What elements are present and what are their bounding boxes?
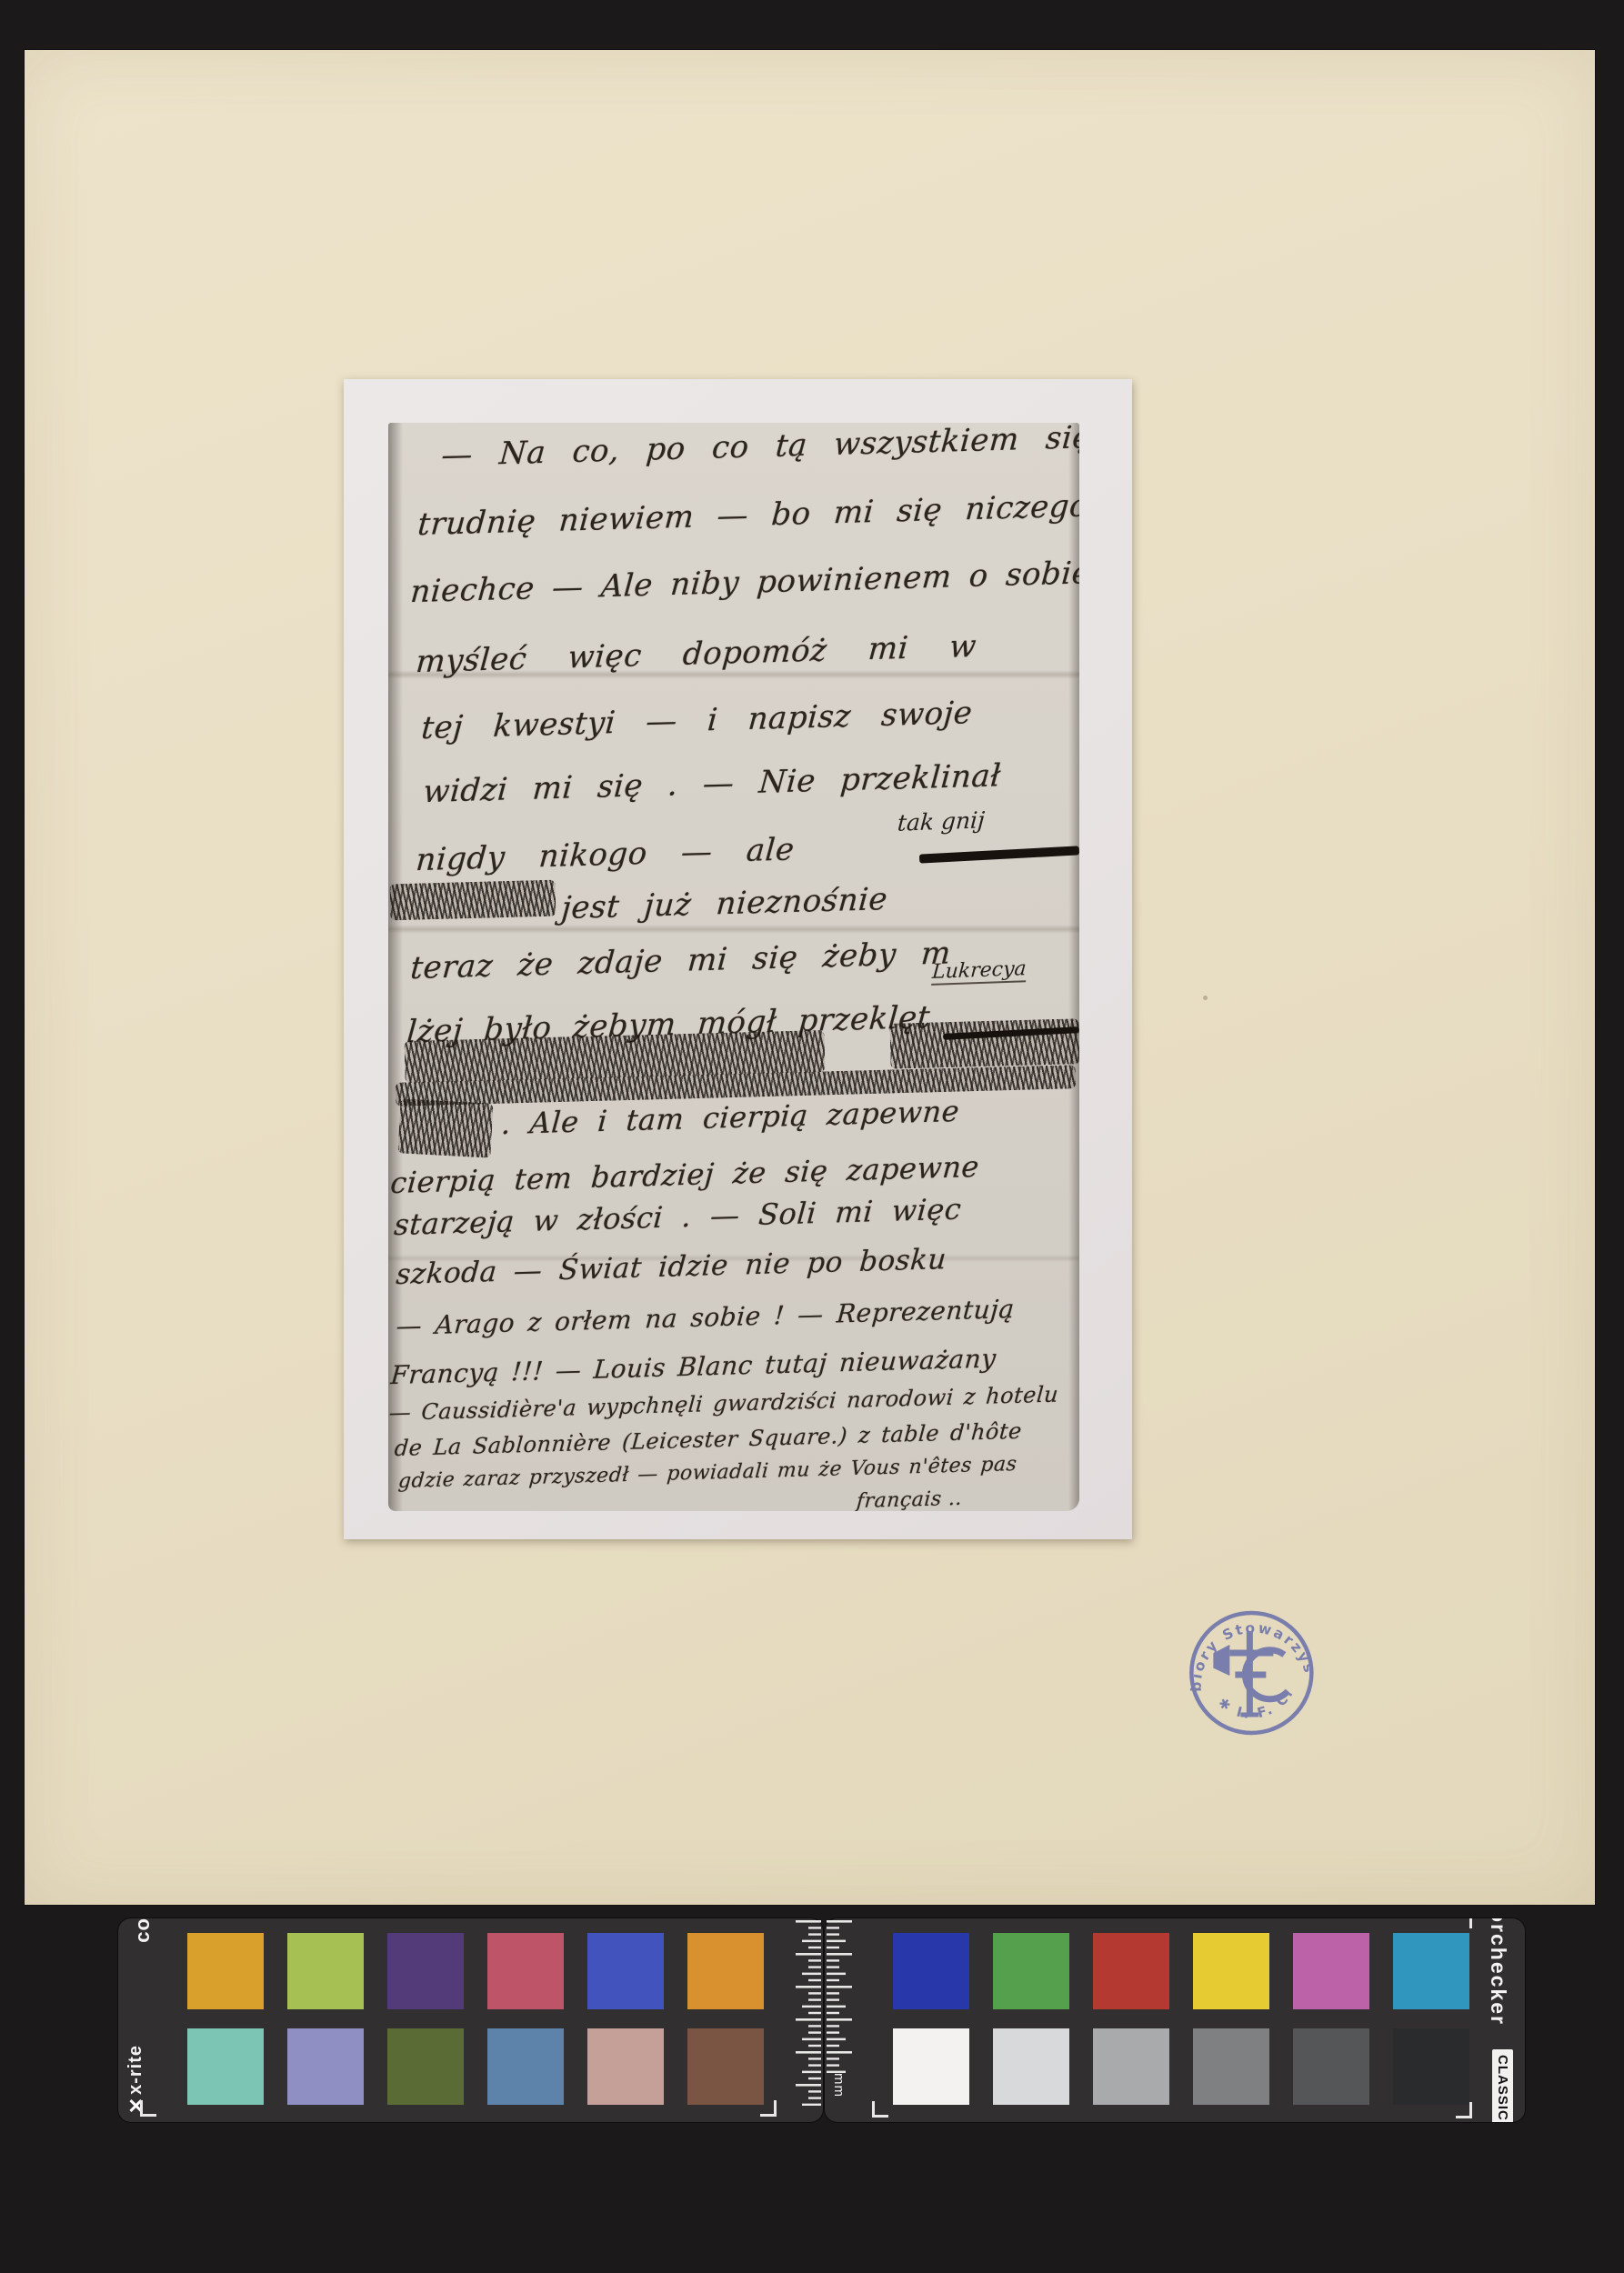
manuscript-line: tej kwestyi — i napisz swoje bbox=[420, 695, 974, 746]
color-patch bbox=[893, 2028, 969, 2105]
manuscript-line: nigdy nikogo — ale bbox=[415, 831, 796, 878]
color-patch bbox=[1193, 2028, 1269, 2105]
color-patch bbox=[287, 1933, 364, 2009]
color-patch bbox=[487, 1933, 564, 2009]
colorchecker-left-card: col x-rite ✕ bbox=[118, 1918, 823, 2122]
manuscript-line: gdzie zaraz przyszedł — powiadali mu że … bbox=[397, 1453, 1018, 1493]
color-patch bbox=[1393, 1933, 1469, 2009]
manuscript-image: — Na co, po co tą wszystkiem siętrudnię … bbox=[388, 423, 1079, 1511]
color-patch bbox=[187, 2028, 264, 2105]
ink-strikethrough bbox=[919, 846, 1079, 863]
color-patch bbox=[587, 2028, 664, 2105]
registration-corner-mark bbox=[1469, 1918, 1472, 1928]
collection-stamp: Zbiory Stowarzysz ✱ I. F. C. bbox=[1167, 1587, 1335, 1755]
photo-print: — Na co, po co tą wszystkiem siętrudnię … bbox=[344, 379, 1132, 1539]
color-patch bbox=[287, 2028, 364, 2105]
color-patch bbox=[1293, 2028, 1369, 2105]
color-patch bbox=[687, 2028, 764, 2105]
ink-scribble bbox=[889, 1018, 1079, 1068]
manuscript-line: widzi mi się . — Nie przeklinał bbox=[422, 757, 1002, 810]
scan-background: — Na co, po co tą wszystkiem siętrudnię … bbox=[0, 0, 1624, 2273]
manuscript-line: — Arago z orłem na sobie ! — Reprezentuj… bbox=[395, 1294, 1015, 1341]
registration-corner-mark bbox=[140, 2100, 156, 2117]
registration-corner-mark bbox=[872, 2101, 888, 2118]
mm-ruler-right bbox=[827, 1920, 857, 2078]
colorchecker-brand-fragment: col bbox=[131, 1918, 155, 1943]
stamp-arc-top-text: Zbiory Stowarzysz bbox=[1167, 1587, 1318, 1698]
interlinear-note: tak gnij bbox=[897, 806, 986, 836]
manuscript-line: trudnię niewiem — bo mi się niczego bbox=[416, 487, 1079, 543]
color-patch bbox=[187, 1933, 264, 2009]
mm-ruler-left bbox=[790, 1920, 821, 2110]
color-patch bbox=[387, 2028, 464, 2105]
manuscript-line: Francyą !!! — Louis Blanc tutaj nieuważa… bbox=[389, 1343, 997, 1390]
color-patch bbox=[387, 1933, 464, 2009]
color-patch bbox=[1193, 1933, 1269, 2009]
patch-row bbox=[187, 2028, 764, 2105]
xrite-label: x-rite bbox=[125, 2045, 146, 2095]
color-patch bbox=[1093, 2028, 1169, 2105]
mat-speck bbox=[1203, 996, 1208, 1000]
manuscript-line: jest już nieznośnie bbox=[560, 881, 889, 926]
paper-edge-shadow bbox=[388, 423, 403, 1511]
colorchecker-right-card: orchecker CLASSIC bbox=[825, 1918, 1525, 2122]
color-patch bbox=[687, 1933, 764, 2009]
manuscript-line: niechce — Ale niby powinienem o sobie bbox=[409, 555, 1079, 610]
paper-fold-line bbox=[388, 925, 1079, 934]
svg-text:Zbiory Stowarzysz: Zbiory Stowarzysz bbox=[1167, 1587, 1318, 1698]
manuscript-line: français .. bbox=[856, 1487, 963, 1511]
manuscript-line: szkoda — Świat idzie nie po bosku bbox=[395, 1243, 947, 1291]
interlinear-note: Lukrecya bbox=[931, 957, 1027, 986]
manuscript-line: starzeją w złości . — Soli mi więc bbox=[393, 1192, 963, 1243]
ink-scribble bbox=[397, 1098, 493, 1157]
registration-corner-mark bbox=[1456, 2102, 1472, 2118]
patch-row bbox=[187, 1933, 764, 2009]
ink-scribble bbox=[390, 880, 556, 921]
colorchecker-brand-fragment: orchecker bbox=[1486, 1918, 1510, 2026]
color-patch bbox=[1393, 2028, 1469, 2105]
color-patch bbox=[893, 1933, 969, 2009]
color-patch bbox=[993, 2028, 1069, 2105]
registration-corner-mark bbox=[760, 2100, 777, 2117]
classic-badge: CLASSIC bbox=[1492, 2049, 1513, 2122]
ruler-unit-label: mm bbox=[831, 2073, 847, 2098]
color-patch bbox=[487, 2028, 564, 2105]
manuscript-line: teraz że zdaje mi się żeby m bbox=[409, 935, 952, 986]
manuscript-line: — Na co, po co tą wszystkiem się bbox=[440, 423, 1079, 474]
patch-row bbox=[893, 2028, 1469, 2105]
mat-board: — Na co, po co tą wszystkiem siętrudnię … bbox=[25, 50, 1595, 1905]
color-patch bbox=[1293, 1933, 1369, 2009]
color-patch bbox=[1093, 1933, 1169, 2009]
color-patch bbox=[587, 1933, 664, 2009]
color-patch bbox=[993, 1933, 1069, 2009]
patch-row bbox=[893, 1933, 1469, 2009]
